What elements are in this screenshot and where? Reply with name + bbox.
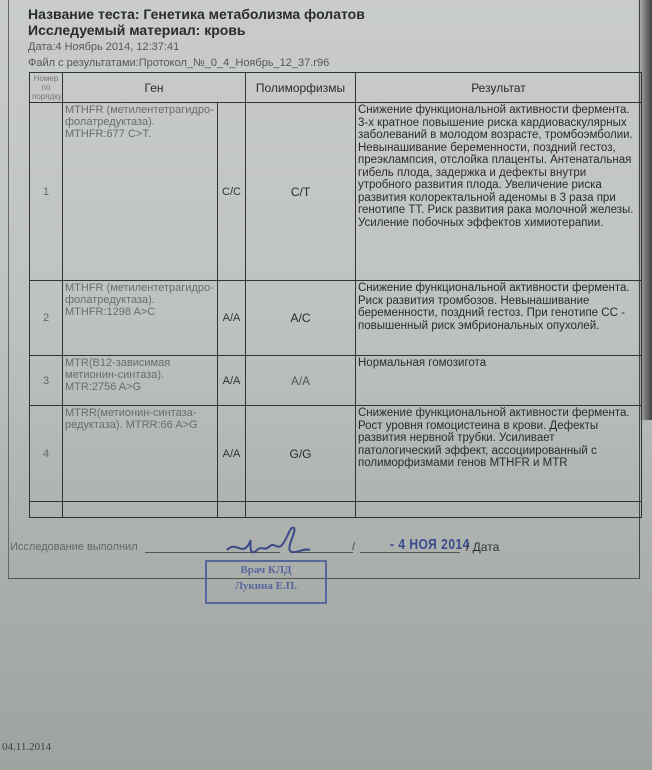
row-number: 4	[30, 406, 63, 502]
column-header-result: Результат	[356, 73, 642, 103]
reference-genotype: A/A	[218, 281, 246, 356]
results-file: Файл с результатами:Протокол_№_0_4_Ноябр…	[28, 57, 329, 69]
result-text: Снижение функциональной активности ферме…	[356, 103, 642, 281]
stamp-name: Лукина Е.П.	[207, 578, 325, 594]
result-text: Снижение функциональной активности ферме…	[356, 281, 642, 356]
table-row: 1 MTHFR (метилентетрагидро-фолатредуктаз…	[30, 103, 642, 281]
result-text: Нормальная гомозигота	[356, 356, 642, 406]
gene-name: MTHFR (метилентетрагидро-фолатредуктаза)…	[63, 281, 218, 356]
row-number: 3	[30, 356, 63, 406]
patient-genotype: A/C	[246, 281, 356, 356]
doctor-stamp: Врач КЛД Лукина Е.П.	[205, 560, 327, 604]
row-number: 2	[30, 281, 63, 356]
results-table: Номер по порядку Ген Полиморфизмы Резуль…	[29, 72, 642, 518]
signature-icon	[222, 520, 312, 565]
reference-genotype: C/C	[218, 103, 246, 281]
report-date: Дата:4 Ноябрь 2014, 12:37:41	[28, 41, 179, 53]
performed-by-label: Исследование выполнил	[10, 541, 138, 553]
table-row: 3 MTR(B12-зависимая метионин-синтаза). M…	[30, 356, 642, 406]
patient-genotype: G/G	[246, 406, 356, 502]
empty-row	[30, 502, 642, 518]
date-stamp: - 4 НОЯ 2014	[390, 536, 470, 553]
gene-name: MTR(B12-зависимая метионин-синтаза). MTR…	[63, 356, 218, 406]
material: Исследуемый материал: кровь	[28, 22, 246, 38]
table-row: 4 MTRR(метионин-синтаза-редуктаза). MTRR…	[30, 406, 642, 502]
result-text: Снижение функциональной активности ферме…	[356, 406, 642, 502]
gene-name: MTRR(метионин-синтаза-редуктаза). MTRR:6…	[63, 406, 218, 502]
date-label: / Дата	[466, 540, 499, 554]
gene-name: MTHFR (метилентетрагидро-фолатредуктаза)…	[63, 103, 218, 281]
patient-genotype: C/T	[246, 103, 356, 281]
column-header-gene: Ген	[63, 73, 246, 103]
table-header-row: Номер по порядку Ген Полиморфизмы Резуль…	[30, 73, 642, 103]
table-row: 2 MTHFR (метилентетрагидро-фолатредуктаз…	[30, 281, 642, 356]
reference-genotype: A/A	[218, 406, 246, 502]
column-header-number: Номер по порядку	[30, 73, 63, 103]
stamp-title: Врач КЛД	[207, 562, 325, 578]
test-name: Название теста: Генетика метаболизма фол…	[28, 6, 365, 22]
separator: /	[352, 541, 355, 553]
column-header-polymorphisms: Полиморфизмы	[246, 73, 356, 103]
row-number: 1	[30, 103, 63, 281]
patient-genotype: A/A	[246, 356, 356, 406]
photo-date: 04.11.2014	[2, 741, 51, 753]
reference-genotype: A/A	[218, 356, 246, 406]
